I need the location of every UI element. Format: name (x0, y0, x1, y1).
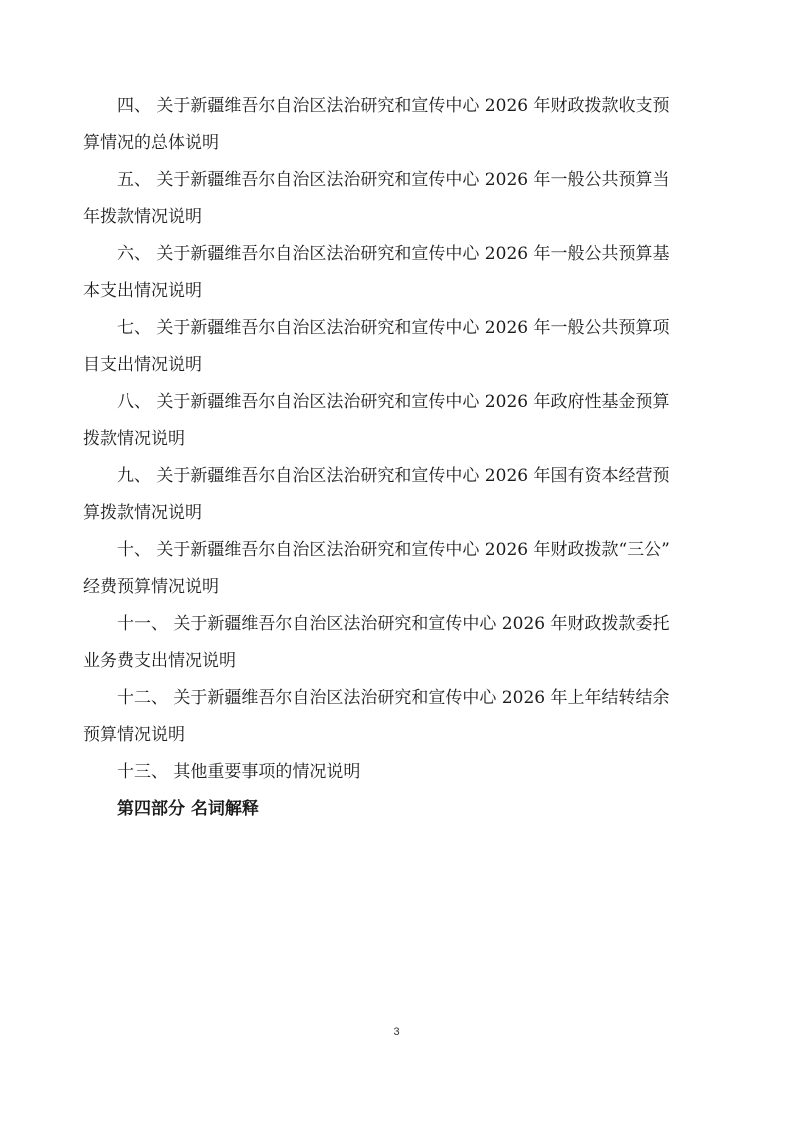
toc-item-line: 十二、 关于新疆维吾尔自治区法治研究和宣传中心 2026 年上年结转结余 (83, 680, 713, 717)
toc-item-line: 六、 关于新疆维吾尔自治区法治研究和宣传中心 2026 年一般公共预算基 (83, 236, 713, 273)
toc-item-line: 本支出情况说明 (83, 273, 713, 310)
toc-item-line: 目支出情况说明 (83, 347, 713, 384)
toc-item-line: 拨款情况说明 (83, 421, 713, 458)
section-heading: 第四部分 名词解释 (83, 791, 713, 828)
toc-item-13: 十三、 其他重要事项的情况说明 (83, 754, 713, 791)
page-number: 3 (0, 1026, 793, 1038)
toc-item-8: 八、 关于新疆维吾尔自治区法治研究和宣传中心 2026 年政府性基金预算 拨款情… (83, 384, 713, 458)
toc-item-12: 十二、 关于新疆维吾尔自治区法治研究和宣传中心 2026 年上年结转结余 预算情… (83, 680, 713, 754)
toc-item-line: 十三、 其他重要事项的情况说明 (83, 754, 713, 791)
toc-item-line: 预算情况说明 (83, 717, 713, 754)
toc-item-line: 十、 关于新疆维吾尔自治区法治研究和宣传中心 2026 年财政拨款“三公” (83, 532, 713, 569)
toc-item-line: 七、 关于新疆维吾尔自治区法治研究和宣传中心 2026 年一般公共预算项 (83, 310, 713, 347)
toc-item-line: 十一、 关于新疆维吾尔自治区法治研究和宣传中心 2026 年财政拨款委托 (83, 606, 713, 643)
toc-item-6: 六、 关于新疆维吾尔自治区法治研究和宣传中心 2026 年一般公共预算基 本支出… (83, 236, 713, 310)
toc-item-line: 八、 关于新疆维吾尔自治区法治研究和宣传中心 2026 年政府性基金预算 (83, 384, 713, 421)
toc-item-line: 九、 关于新疆维吾尔自治区法治研究和宣传中心 2026 年国有资本经营预 (83, 458, 713, 495)
toc-item-9: 九、 关于新疆维吾尔自治区法治研究和宣传中心 2026 年国有资本经营预 算拨款… (83, 458, 713, 532)
document-page: 四、 关于新疆维吾尔自治区法治研究和宣传中心 2026 年财政拨款收支预 算情况… (0, 0, 793, 1122)
toc-item-7: 七、 关于新疆维吾尔自治区法治研究和宣传中心 2026 年一般公共预算项 目支出… (83, 310, 713, 384)
toc-item-line: 经费预算情况说明 (83, 569, 713, 606)
toc-item-line: 算情况的总体说明 (83, 125, 713, 162)
toc-item-line: 算拨款情况说明 (83, 495, 713, 532)
toc-item-11: 十一、 关于新疆维吾尔自治区法治研究和宣传中心 2026 年财政拨款委托 业务费… (83, 606, 713, 680)
toc-item-line: 四、 关于新疆维吾尔自治区法治研究和宣传中心 2026 年财政拨款收支预 (83, 88, 713, 125)
toc-item-5: 五、 关于新疆维吾尔自治区法治研究和宣传中心 2026 年一般公共预算当 年拨款… (83, 162, 713, 236)
toc-content: 四、 关于新疆维吾尔自治区法治研究和宣传中心 2026 年财政拨款收支预 算情况… (83, 88, 713, 828)
toc-item-line: 业务费支出情况说明 (83, 643, 713, 680)
toc-item-line: 五、 关于新疆维吾尔自治区法治研究和宣传中心 2026 年一般公共预算当 (83, 162, 713, 199)
toc-item-4: 四、 关于新疆维吾尔自治区法治研究和宣传中心 2026 年财政拨款收支预 算情况… (83, 88, 713, 162)
toc-item-line: 年拨款情况说明 (83, 199, 713, 236)
toc-item-10: 十、 关于新疆维吾尔自治区法治研究和宣传中心 2026 年财政拨款“三公” 经费… (83, 532, 713, 606)
